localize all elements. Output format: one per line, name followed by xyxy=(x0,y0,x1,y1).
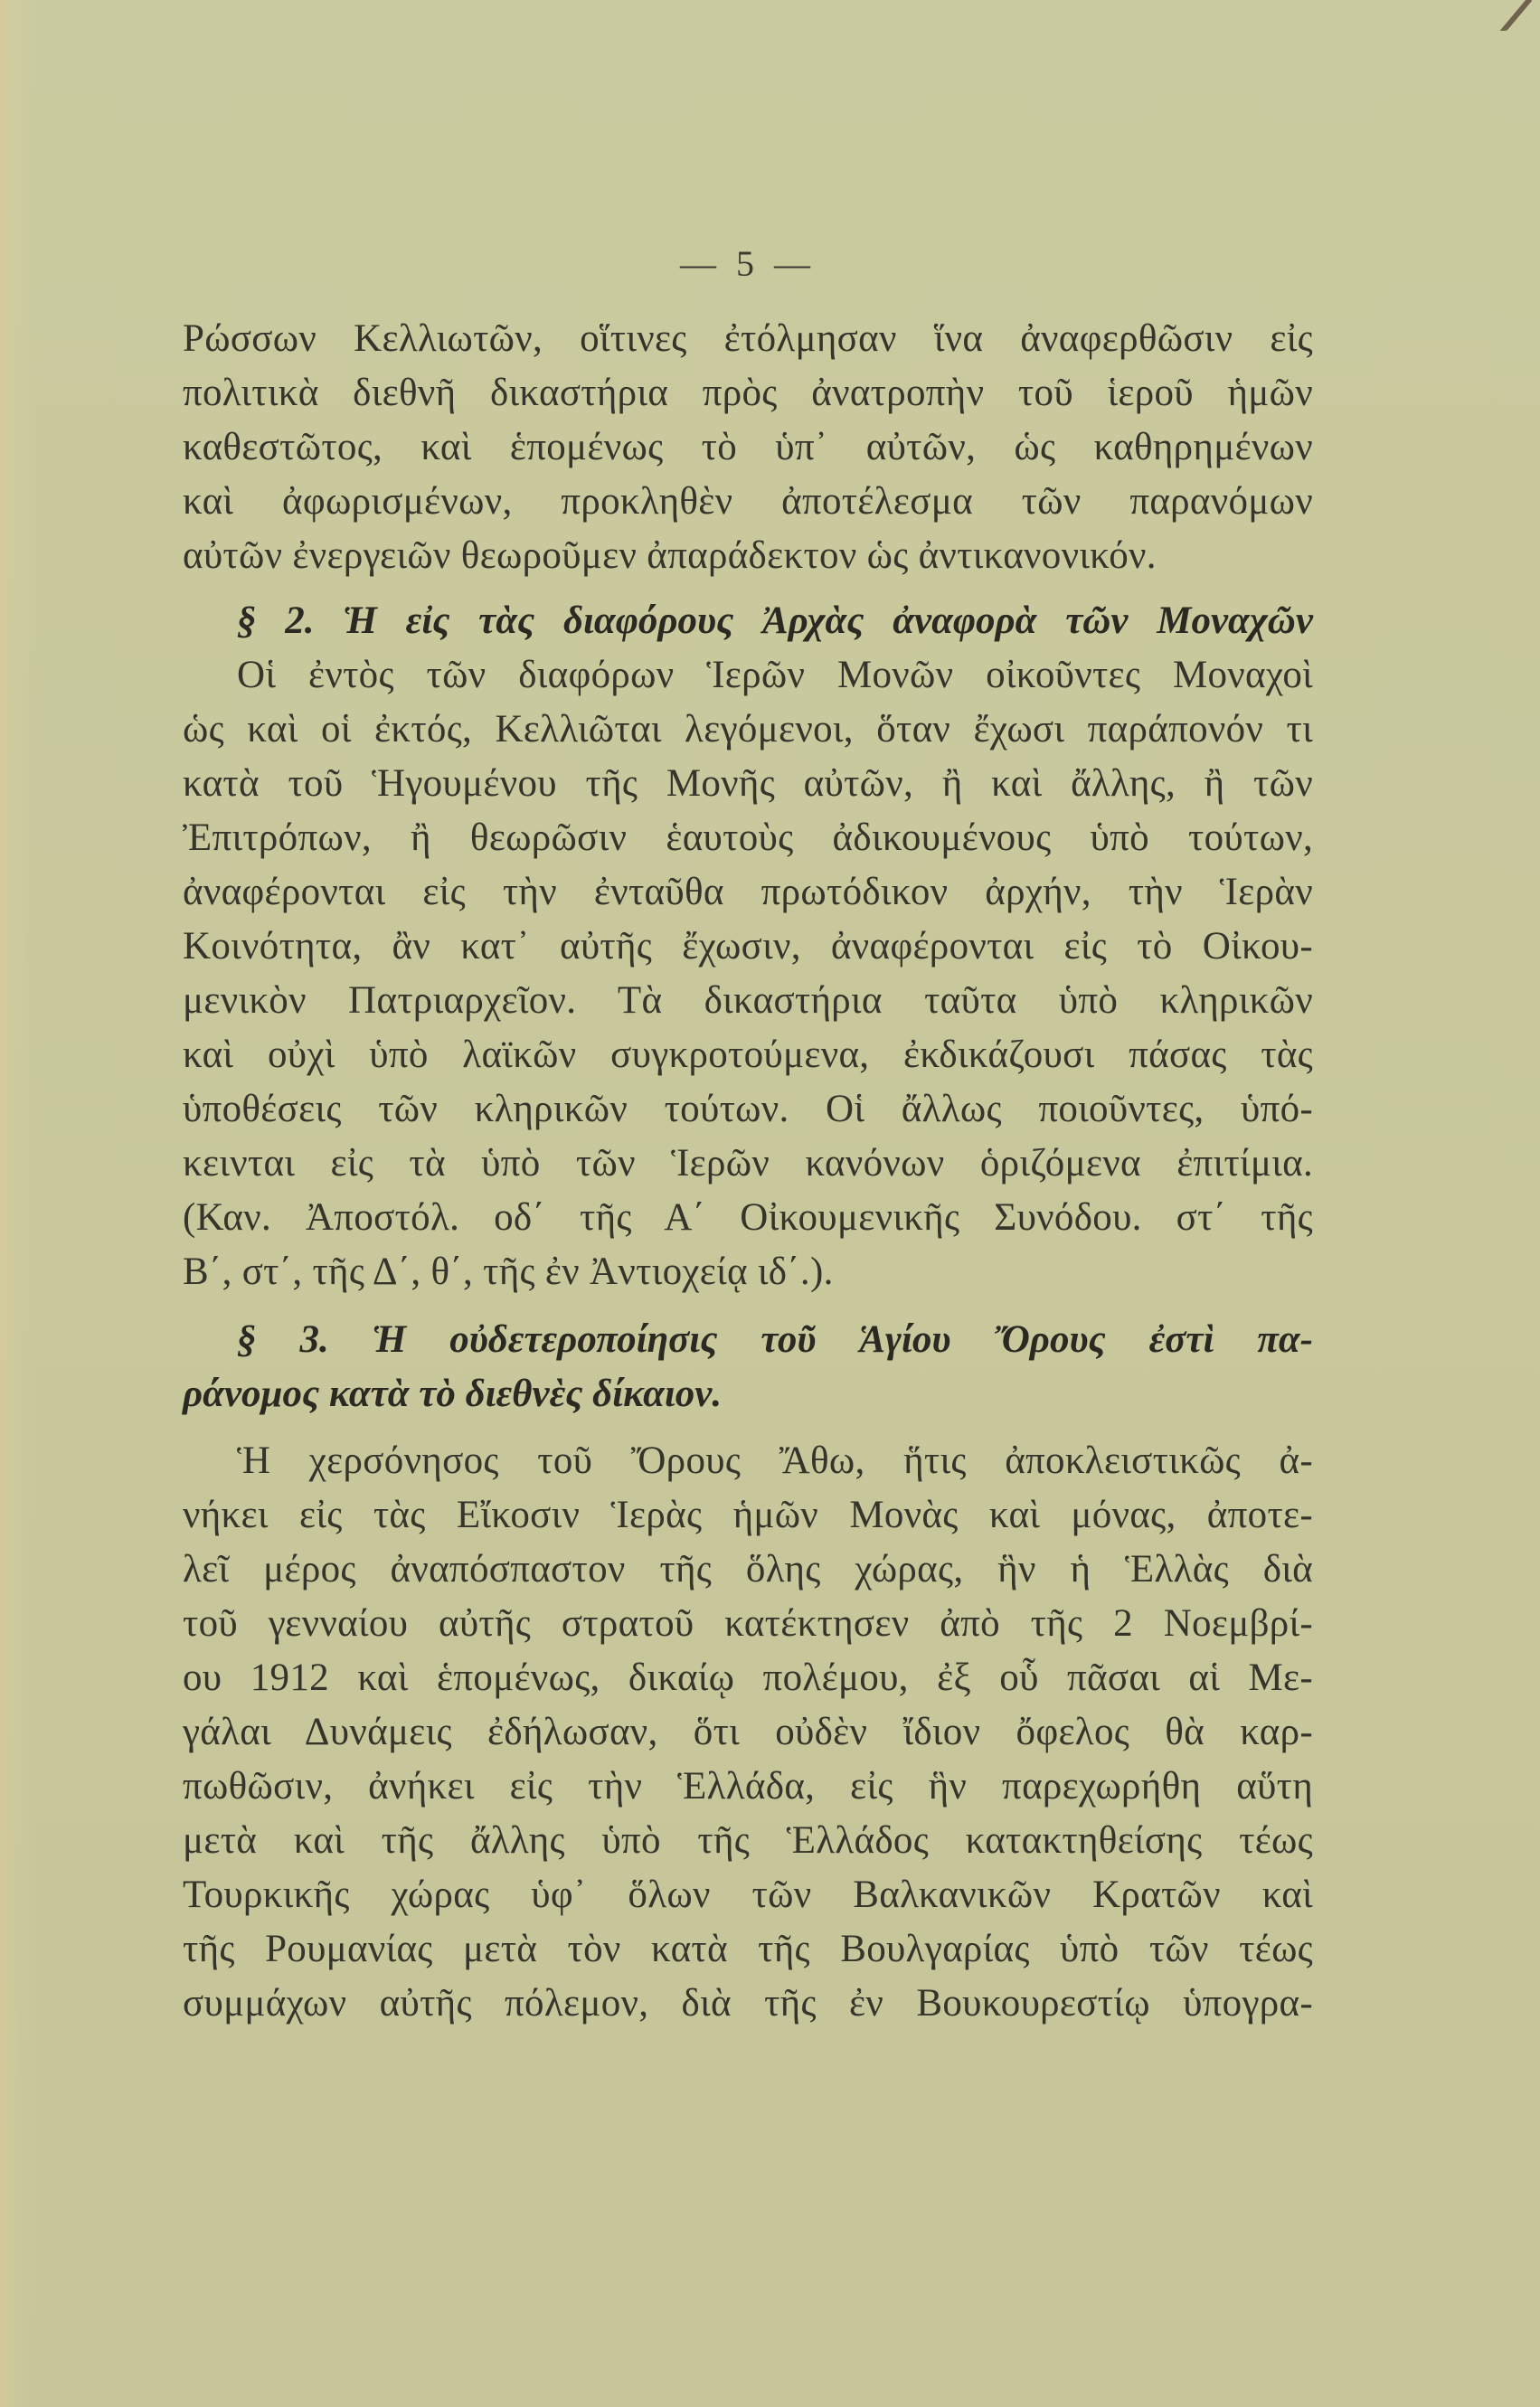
paragraph-line: καθεστῶτος, καὶ ἑπομένως τὸ ὑπ᾿ αὐτῶν, ὡ… xyxy=(183,420,1313,474)
paragraph-line: καὶ ἀφωρισμένων, προκληθὲν ἀποτέλεσμα τῶ… xyxy=(183,475,1313,528)
section-heading-line: § 3. Ἡ οὐδετεροποίησις τοῦ Ἁγίου Ὄρους ἐ… xyxy=(183,1313,1313,1366)
paragraph-line: γάλαι Δυνάμεις ἐδήλωσαν, ὅτι οὐδὲν ἴδιον… xyxy=(183,1705,1313,1759)
section-heading-line: ράνομος κατὰ τὸ διεθνὲς δίκαιον. xyxy=(183,1367,1313,1421)
paragraph-line: Ρώσσων Κελλιωτῶν, οἵτινες ἐτόλμησαν ἵνα … xyxy=(183,312,1313,365)
scan-edge-shadow xyxy=(0,0,16,2407)
page-number: — 5 — xyxy=(183,242,1313,285)
paragraph-line: καὶ οὐχὶ ὑπὸ λαϊκῶν συγκροτούμενα, ἐκδικ… xyxy=(183,1028,1313,1081)
paragraph-line: νήκει εἰς τὰς Εἴκοσιν Ἱερὰς ἡμῶν Μονὰς κ… xyxy=(183,1488,1313,1542)
paragraph-line: Κοινότητα, ἂν κατ᾿ αὐτῆς ἔχωσιν, ἀναφέρο… xyxy=(183,920,1313,973)
paragraph-line: ὡς καὶ οἱ ἐκτός, Κελλιῶται λεγόμενοι, ὅτ… xyxy=(183,703,1313,756)
paragraph-line: ου 1912 καὶ ἑπομένως, δικαίῳ πολέμου, ἐξ… xyxy=(183,1651,1313,1704)
paragraph-line: κατὰ τοῦ Ἡγουμένου τῆς Μονῆς αὐτῶν, ἢ κα… xyxy=(183,757,1313,810)
paragraph-line: αὐτῶν ἐνεργειῶν θεωροῦμεν ἀπαράδεκτον ὡς… xyxy=(183,529,1313,582)
paragraph-line: λεῖ μέρος ἀναπόσπαστον τῆς ὅλης χώρας, ἣ… xyxy=(183,1543,1313,1596)
paragraph-line: συμμάχων αὐτῆς πόλεμον, διὰ τῆς ἐν Βουκο… xyxy=(183,1977,1313,2030)
paragraph-line: μενικὸν Πατριαρχεῖον. Τὰ δικαστήρια ταῦτ… xyxy=(183,974,1313,1027)
paragraph-line: ὑποθέσεις τῶν κληρικῶν τούτων. Οἱ ἄλλως … xyxy=(183,1082,1313,1136)
paragraph-line: κεινται εἰς τὰ ὑπὸ τῶν Ἱερῶν κανόνων ὁρι… xyxy=(183,1137,1313,1190)
paragraph-line: πωθῶσιν, ἀνήκει εἰς τὴν Ἑλλάδα, εἰς ἣν π… xyxy=(183,1760,1313,1813)
page-corner-mark xyxy=(1454,0,1533,31)
paragraph-line: (Καν. Ἀποστόλ. οδ΄ τῆς Α΄ Οἰκουμενικῆς Σ… xyxy=(183,1191,1313,1244)
paragraph-line: ἀναφέρονται εἰς τὴν ἐνταῦθα πρωτόδικον ἀ… xyxy=(183,865,1313,919)
paragraph-line: μετὰ καὶ τῆς ἄλλης ὑπὸ τῆς Ἑλλάδος κατακ… xyxy=(183,1814,1313,1867)
paragraph-line: πολιτικὰ διεθνῆ δικαστήρια πρὸς ἀνατροπὴ… xyxy=(183,366,1313,420)
paragraph-line: Ἡ χερσόνησος τοῦ Ὄρους Ἄθω, ἥτις ἀποκλει… xyxy=(183,1434,1313,1487)
paragraph-line: τοῦ γενναίου αὐτῆς στρατοῦ κατέκτησεν ἀπ… xyxy=(183,1597,1313,1650)
paragraph-line: Οἱ ἐντὸς τῶν διαφόρων Ἱερῶν Μονῶν οἰκοῦν… xyxy=(183,648,1313,702)
paragraph-line: Ἐπιτρόπων, ἢ θεωρῶσιν ἑαυτοὺς ἀδικουμένο… xyxy=(183,811,1313,864)
section-heading-line: § 2. Ἡ εἰς τὰς διαφόρους Ἀρχὰς ἀναφορὰ τ… xyxy=(183,594,1313,647)
paragraph-line: Β΄, στ΄, τῆς Δ΄, θ΄, τῆς ἐν Ἀντιοχείᾳ ιδ… xyxy=(183,1245,1313,1298)
paragraph-line: τῆς Ρουμανίας μετὰ τὸν κατὰ τῆς Βουλγαρί… xyxy=(183,1922,1313,1976)
paragraph-line: Τουρκικῆς χώρας ὑφ᾿ ὅλων τῶν Βαλκανικῶν … xyxy=(183,1868,1313,1921)
